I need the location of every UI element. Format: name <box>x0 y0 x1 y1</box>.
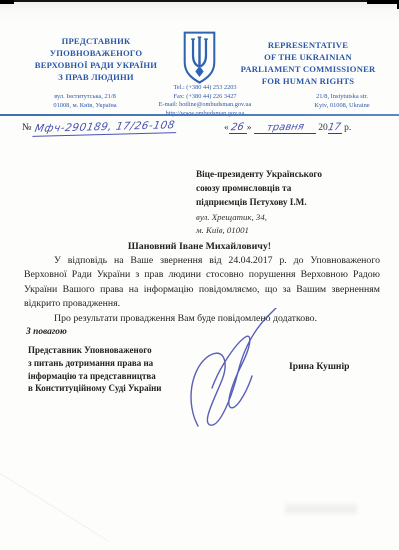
scan-top-edge-artifact <box>0 0 399 2</box>
ink-bleedthrough-smudge <box>285 504 357 514</box>
signatory-name: Ірина Кушнір <box>289 361 349 372</box>
scan-corner-artifact-right <box>367 0 399 4</box>
date-quote-close: » <box>247 123 252 133</box>
handwritten-signature <box>178 308 296 436</box>
handwritten-reference-number: Мфч-290189, 17/26-108 <box>32 119 179 137</box>
handwritten-day: 26 <box>229 122 247 134</box>
ukraine-trident-shield-icon <box>181 30 218 87</box>
body-paragraph-1: У відповідь на Ваше звернення від 24.04.… <box>24 254 380 312</box>
org-name-english: REPRESENTATIVE OF THE UKRAINIAN PARLIAME… <box>224 40 392 87</box>
recipient-name-block: Віце-президенту Українського союзу проми… <box>196 168 376 209</box>
letterhead-divider-rule <box>0 114 399 116</box>
address-english: 21/8, Instytutska str. Kyiv, 01008, Ukra… <box>292 93 392 111</box>
reference-number-line: № Мфч-290189, 17/26-108 <box>22 121 177 135</box>
handwritten-year: 17 <box>328 122 342 134</box>
org-name-ukrainian: ПРЕДСТАВНИК УПОВНОВАЖЕНОГО ВЕРХОВНОЇ РАД… <box>18 36 174 83</box>
salutation: Шановний Іване Михайловичу! <box>0 241 399 252</box>
date-line: «26» травня 2017 р. <box>224 122 351 134</box>
year-suffix: р. <box>344 123 351 133</box>
paper-crease <box>0 461 109 541</box>
closing-phrase: З повагою <box>26 327 67 337</box>
scanned-letter-page: ПРЕДСТАВНИК УПОВНОВАЖЕНОГО ВЕРХОВНОЇ РАД… <box>0 0 399 550</box>
scan-corner-artifact-left <box>0 0 14 4</box>
handwritten-month: травня <box>254 122 316 134</box>
number-label: № <box>22 122 32 133</box>
recipient-address-block: вул. Хрещатик, 34, м. Київ, 01001 <box>196 211 376 237</box>
